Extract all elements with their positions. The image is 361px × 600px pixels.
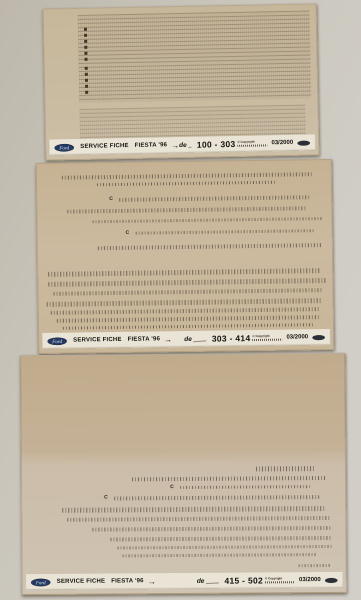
section-marker: C xyxy=(170,485,174,490)
microtext-block xyxy=(79,105,306,139)
issue-date: 03/2000 xyxy=(299,577,321,583)
svg-text:Ford: Ford xyxy=(58,146,69,151)
service-fiche-label: SERVICE FICHE xyxy=(73,337,122,344)
handwritten-mark xyxy=(188,142,192,148)
ford-logo-icon xyxy=(312,334,325,341)
ford-logo-icon: Ford xyxy=(47,336,67,345)
arrow-right-icon: → xyxy=(164,335,172,344)
ford-logo-icon: Ford xyxy=(54,143,74,152)
copyright-fineprint xyxy=(238,145,268,148)
section-marker: C xyxy=(126,231,130,236)
ford-logo-icon: Ford xyxy=(31,577,51,586)
issue-date: 03/2000 xyxy=(271,140,293,146)
arrow-right-icon: → xyxy=(171,141,179,150)
copyright-text: © Copyright xyxy=(265,577,295,581)
copyright-fineprint xyxy=(252,339,282,341)
ford-logo-icon xyxy=(325,576,338,583)
model-label: FIESTA '96 xyxy=(128,336,161,342)
section-marker: C xyxy=(104,496,108,501)
copyright-fineprint xyxy=(265,581,295,583)
fiche-card-3-content: C C Ford SERVICE FICHE FIESTA '96 → de xyxy=(21,354,346,594)
fiche-card-1-content: Ford SERVICE FICHE FIESTA '96 → de 100 -… xyxy=(44,4,319,159)
fiche-card-2-content: C C Ford SERVICE FICHE FIESTA '96 → xyxy=(37,160,334,353)
de-label: de xyxy=(197,577,205,584)
ford-logo-icon xyxy=(297,139,310,146)
handwritten-mark xyxy=(193,335,206,342)
fiche-card-1: Ford SERVICE FICHE FIESTA '96 → de 100 -… xyxy=(43,3,320,160)
svg-text:Ford: Ford xyxy=(51,339,62,344)
fiche-footer-strip: Ford SERVICE FICHE FIESTA '96 → de 303 -… xyxy=(42,329,330,349)
section-marker: C xyxy=(109,197,113,202)
fiche-card-2: C C Ford SERVICE FICHE FIESTA '96 → xyxy=(36,159,335,354)
copyright-block: © Copyright xyxy=(265,577,295,584)
copyright-text: © Copyright xyxy=(252,334,282,338)
index-dots xyxy=(85,67,89,94)
copyright-block: © Copyright xyxy=(237,140,267,147)
frame-range: 100 - 303 xyxy=(197,139,236,150)
photo-microfiche-cards: Ford SERVICE FICHE FIESTA '96 → de 100 -… xyxy=(0,0,361,600)
model-label: FIESTA '96 xyxy=(111,578,143,584)
copyright-text: © Copyright xyxy=(237,140,267,144)
service-fiche-label: SERVICE FICHE xyxy=(80,143,129,150)
svg-text:Ford: Ford xyxy=(35,581,46,586)
handwritten-mark xyxy=(205,577,218,584)
frame-range: 415 - 502 xyxy=(224,575,263,585)
model-label: FIESTA '96 xyxy=(135,142,168,149)
index-dots xyxy=(84,28,88,61)
fiche-card-3: C C Ford SERVICE FICHE FIESTA '96 → de xyxy=(20,353,347,595)
issue-date: 03/2000 xyxy=(286,334,308,340)
microtext-block xyxy=(78,11,312,103)
copyright-block: © Copyright xyxy=(252,334,282,341)
arrow-right-icon: → xyxy=(148,577,156,586)
service-fiche-label: SERVICE FICHE xyxy=(57,579,106,585)
de-label: de xyxy=(184,335,192,342)
de-label: de xyxy=(179,141,187,148)
fiche-footer-strip: Ford SERVICE FICHE FIESTA '96 → de 415 -… xyxy=(26,572,343,590)
frame-range: 303 - 414 xyxy=(212,333,251,344)
